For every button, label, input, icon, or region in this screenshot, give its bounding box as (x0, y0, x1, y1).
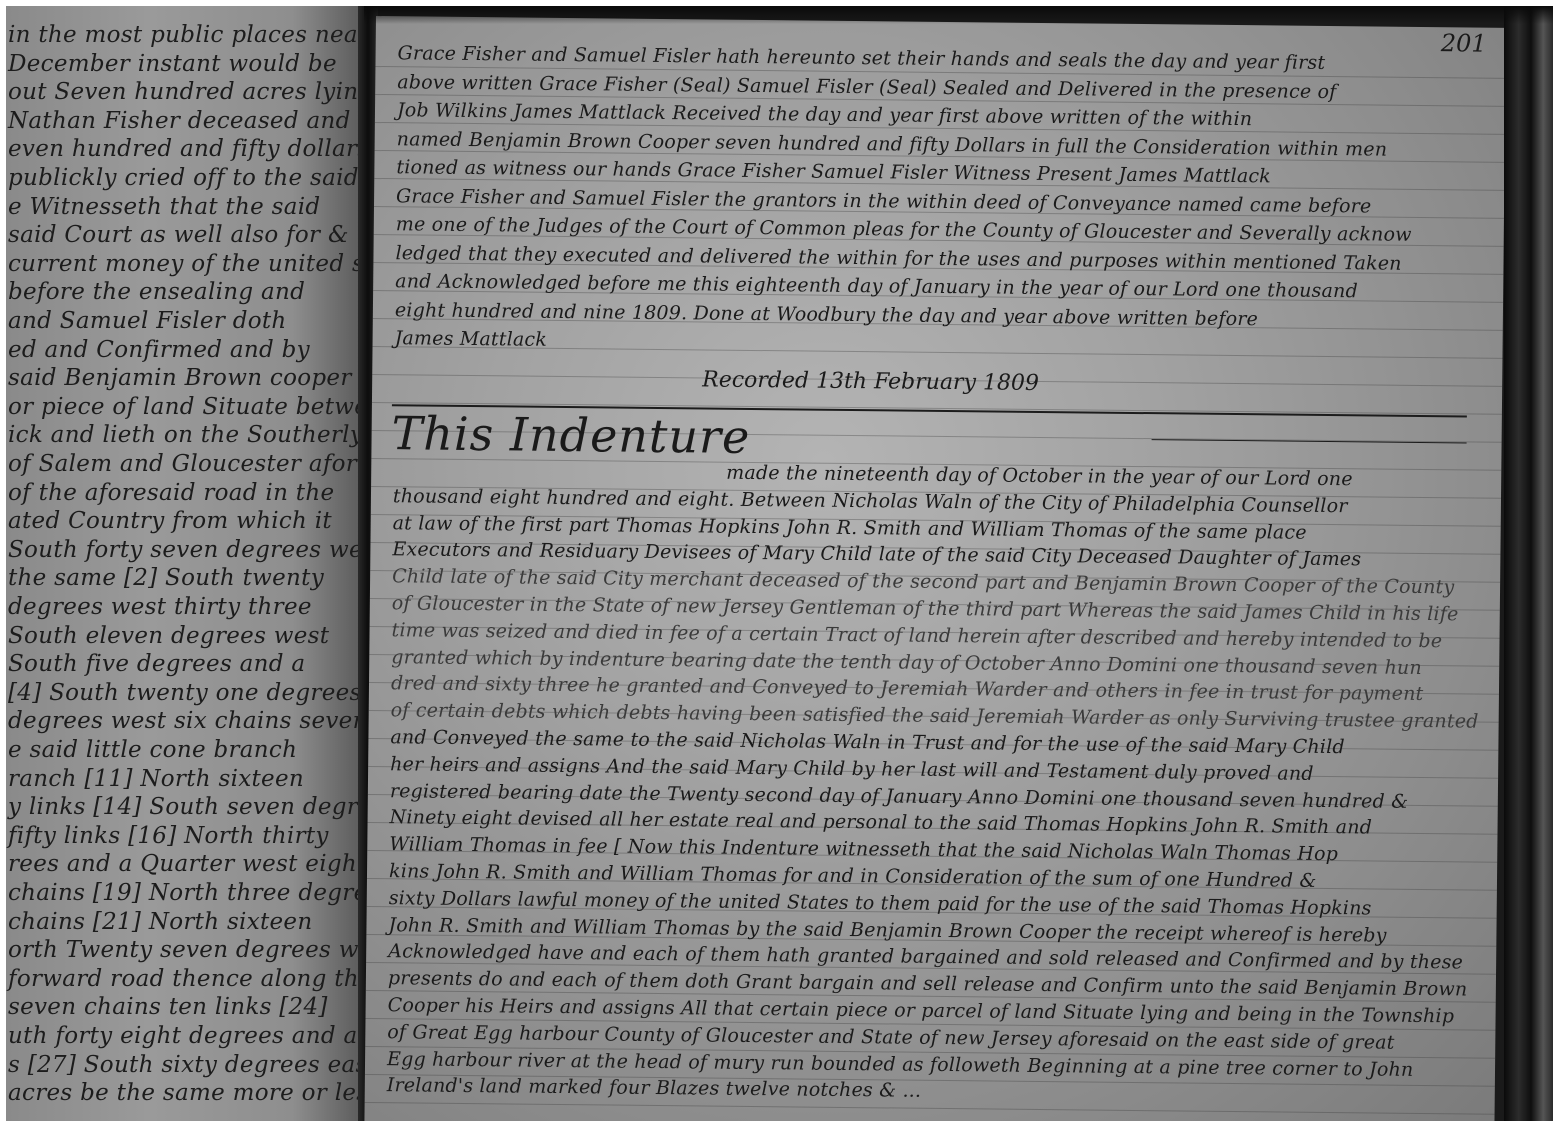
left-page-line: ed and Confirmed and by (8, 337, 310, 363)
left-page-line: e Witnesseth that the said (8, 194, 320, 220)
prior-deed-line: eight hundred and nine 1809. Done at Woo… (395, 299, 1258, 330)
prior-deed-line: and Acknowledged before me this eighteen… (395, 270, 1358, 302)
deed-line: thousand eight hundred and eight. Betwee… (393, 485, 1348, 517)
left-page-line: y links [14] South seven degrees (8, 794, 398, 820)
left-page: in the most public places nearDecember i… (6, 6, 364, 1121)
page-number: 201 (1441, 29, 1487, 57)
prior-deed-line: James Mattlack (395, 327, 548, 351)
ruled-line (365, 1102, 1495, 1115)
deed-line: Executors and Residuary Devisees of Mary… (392, 539, 1361, 571)
left-page-line: orth Twenty seven degrees west (8, 937, 394, 963)
left-page-line: in the most public places near (8, 22, 369, 48)
prior-deed-line: me one of the Judges of the Court of Com… (396, 213, 1412, 246)
left-page-line: chains [21] North sixteen (8, 909, 312, 935)
left-page-line: chains [19] North three degrees (8, 880, 394, 906)
left-page-line: South eleven degrees west (8, 623, 329, 649)
left-page-line: and Samuel Fisler doth (8, 308, 287, 334)
prior-deed-line: tioned as witness our hands Grace Fisher… (396, 156, 1271, 187)
deed-line: her heirs and assigns And the said Mary … (390, 753, 1314, 785)
book-right-edge (1504, 6, 1553, 1121)
deed-line: William Thomas in fee [ Now this Indentu… (389, 833, 1338, 865)
left-page-line: fifty links [16] North thirty (8, 823, 329, 849)
left-page-line: Nathan Fisher deceased and the (8, 108, 397, 134)
left-page-line: degrees west six chains seventy (8, 708, 391, 734)
left-page-line: e said little cone branch (8, 737, 297, 763)
left-page-line: seven chains ten links [24] (8, 994, 328, 1020)
left-page-line: before the ensealing and (8, 279, 305, 305)
left-page-line: ranch [11] North sixteen (8, 766, 304, 792)
left-page-line: ated Country from which it (8, 508, 332, 534)
left-page-line: s [27] South sixty degrees east (8, 1052, 377, 1078)
right-page: 201 Grace Fisher and Samuel Fisler hath … (364, 16, 1506, 1121)
left-page-line: publickly cried off to the said (8, 165, 359, 191)
scanned-deed-book: in the most public places nearDecember i… (6, 6, 1553, 1121)
left-page-line: even hundred and fifty dollars (8, 136, 369, 162)
left-page-line: out Seven hundred acres lying (8, 79, 373, 105)
deed-line: made the nineteenth day of October in th… (726, 462, 1353, 491)
left-page-line: said Court as well also for & (8, 222, 349, 248)
prior-deed-line: Job Wilkins James Mattlack Received the … (397, 99, 1253, 130)
left-page-line: acres be the same more or less (8, 1080, 381, 1106)
prior-deed-line: ledged that they executed and delivered … (395, 242, 1401, 275)
recorded-note: Recorded 13th February 1809 (702, 367, 1039, 396)
left-page-line: of Salem and Gloucester afore (8, 451, 371, 477)
left-page-line: of the aforesaid road in the (8, 480, 334, 506)
top-shadow (364, 6, 1553, 24)
deed-line: and Conveyed the same to the said Nichol… (390, 726, 1345, 758)
deed-heading: This Indenture (391, 406, 750, 464)
left-page-line: South forty seven degrees west (8, 537, 385, 563)
left-page-line: December instant would be (8, 51, 337, 77)
left-page-line: degrees west thirty three (8, 594, 312, 620)
left-page-line: rees and a Quarter west eight (8, 851, 367, 877)
left-page-line: South five degrees and a (8, 651, 305, 677)
prior-deed-line: Grace Fisher and Samuel Fisler hath here… (397, 42, 1325, 74)
left-page-line: forward road thence along the (8, 966, 373, 992)
left-page-line: [4] South twenty one degrees (8, 680, 362, 706)
deed-line: at law of the first part Thomas Hopkins … (393, 512, 1307, 544)
deed-line: Ireland's land marked four Blazes twelve… (387, 1075, 922, 1103)
left-page-line: the same [2] South twenty (8, 565, 324, 591)
left-page-line: or piece of land Situate between (8, 394, 397, 420)
left-page-line: said Benjamin Brown cooper (8, 365, 352, 391)
left-page-line: ick and lieth on the Southerly (8, 422, 363, 448)
deed-line: kins John R. Smith and William Thomas fo… (389, 860, 1317, 892)
left-page-line: uth forty eight degrees and a (8, 1023, 358, 1049)
